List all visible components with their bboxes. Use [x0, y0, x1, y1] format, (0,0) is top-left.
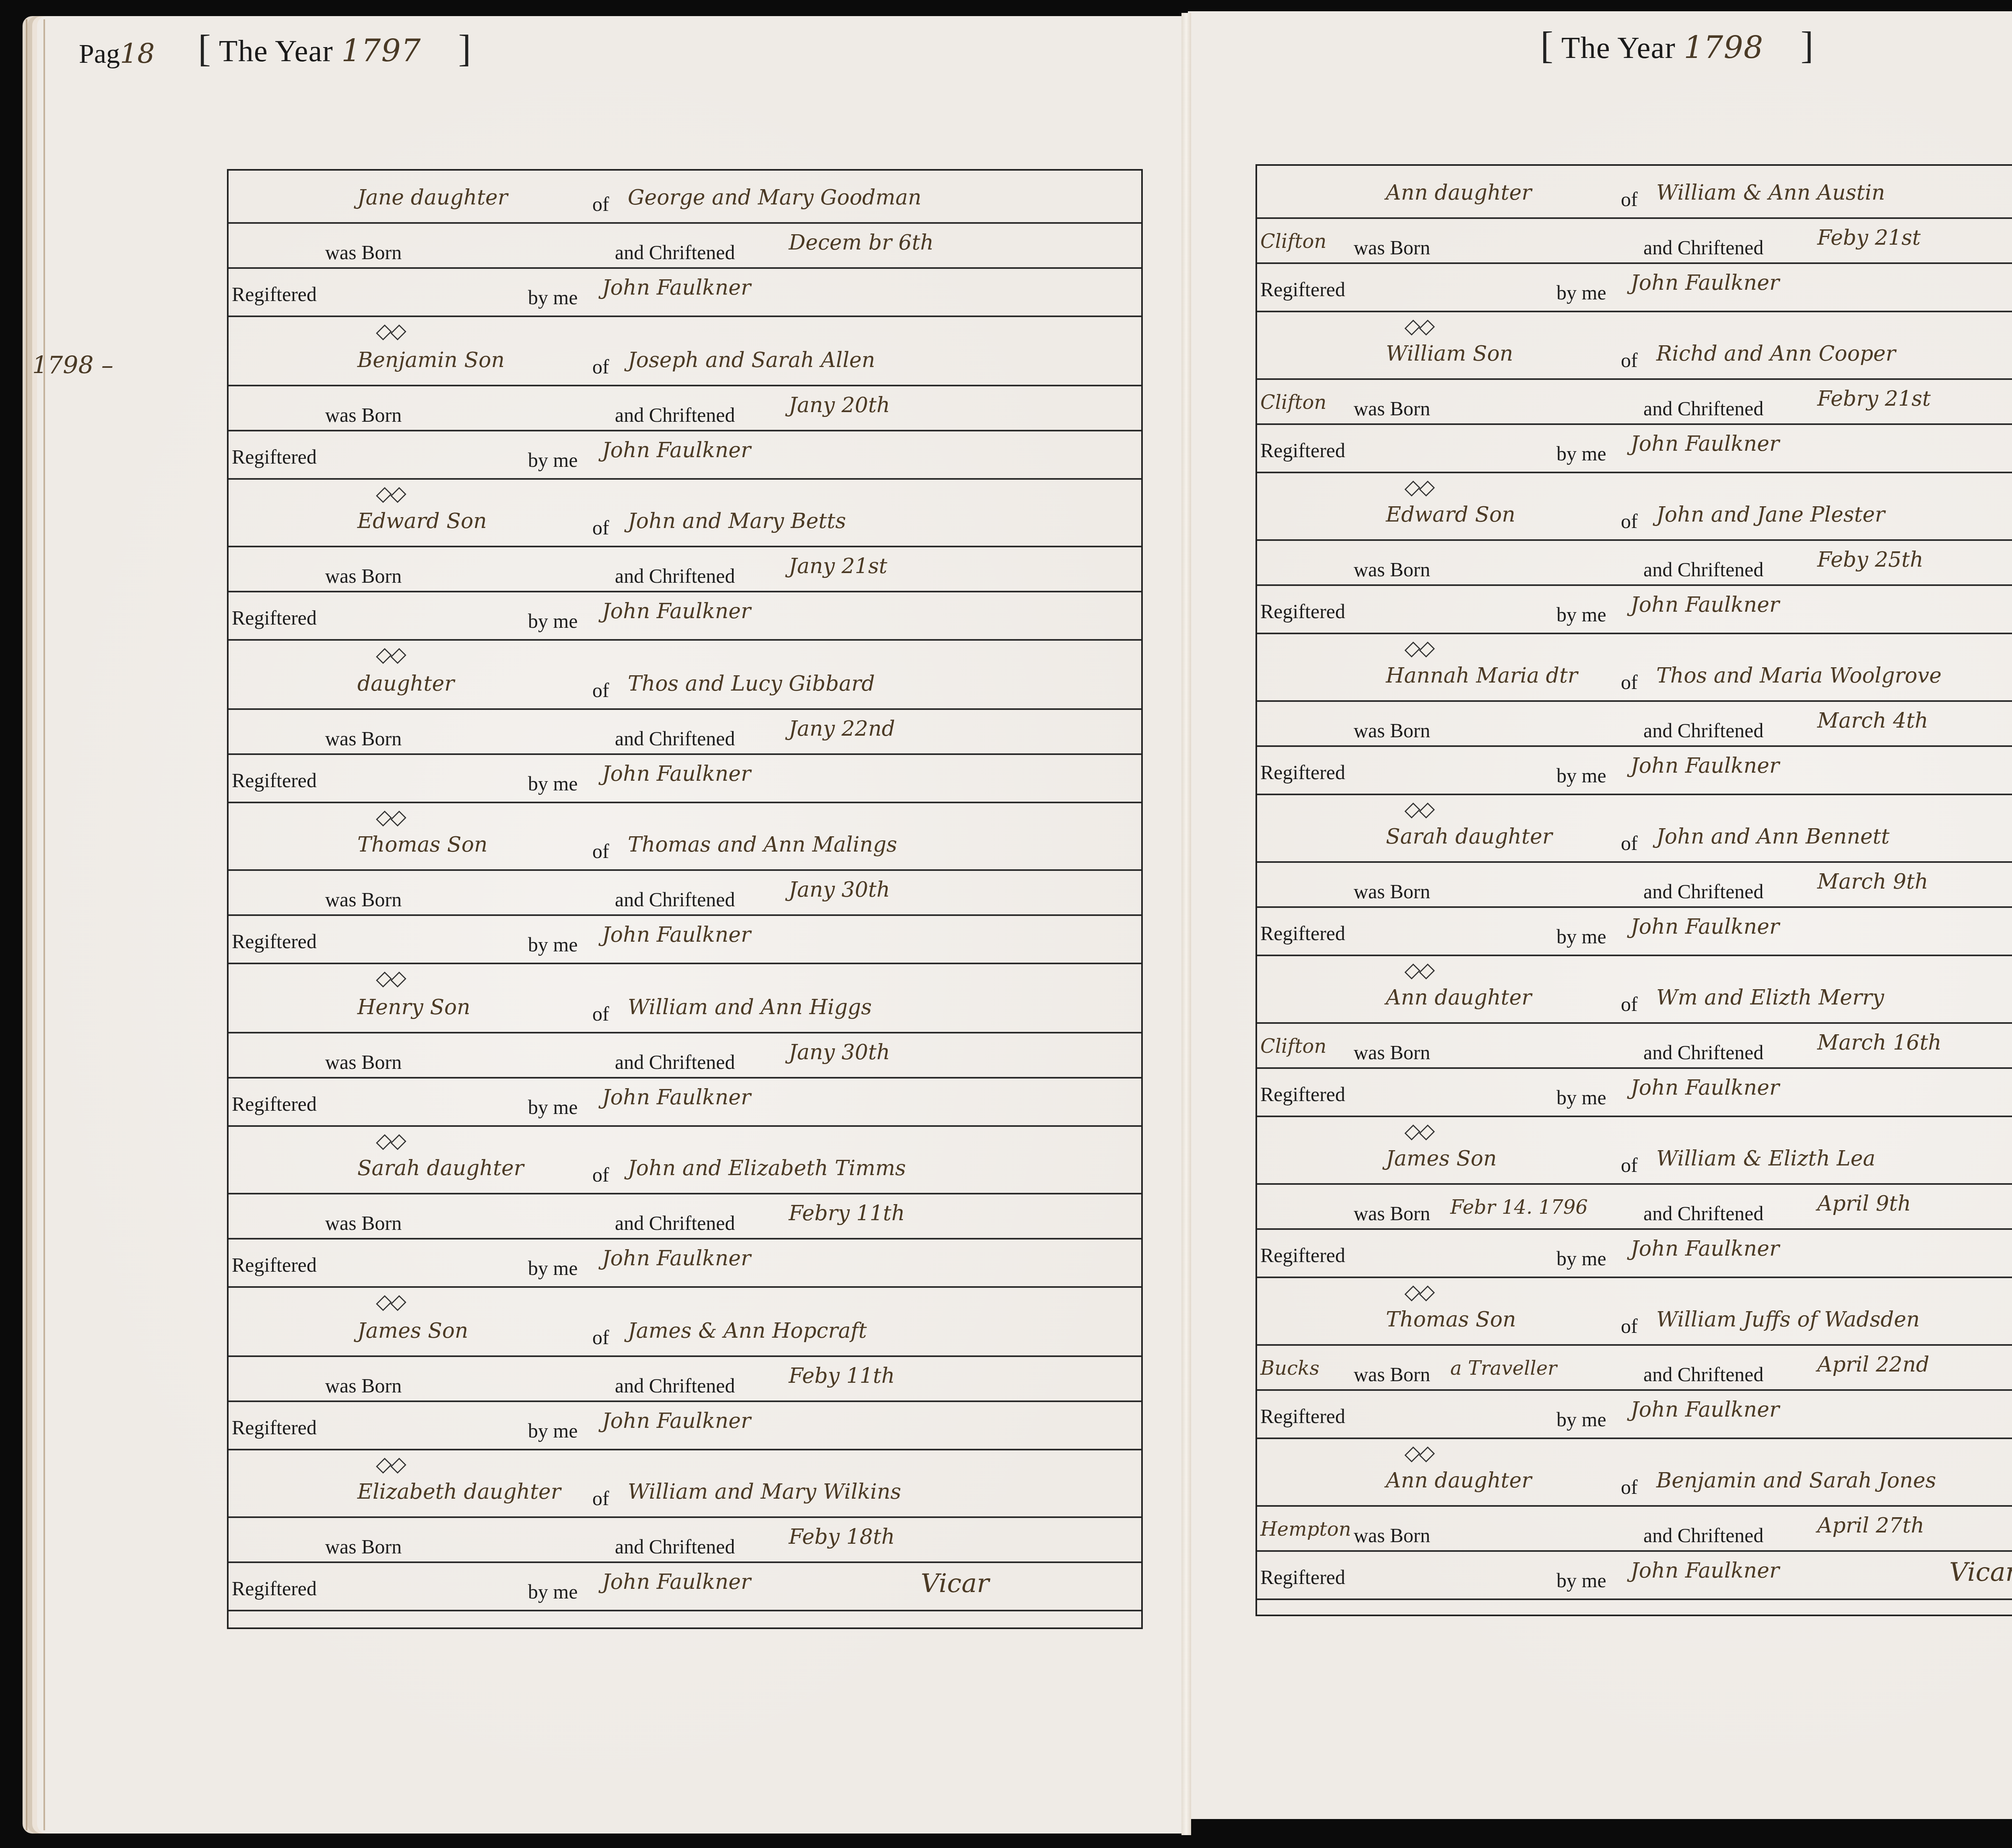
- label-christened: and Chriftened: [615, 1213, 735, 1237]
- label-christened: and Chriftened: [1643, 1202, 1764, 1227]
- child-name: Jane daughter: [357, 187, 508, 211]
- register-entry: Ann daughter of Wm and Elizth Merry Clif…: [1257, 971, 2012, 1132]
- label-registered: Regiftered: [232, 283, 317, 307]
- label-registered: Regiftered: [232, 1416, 317, 1440]
- rule-line: [1257, 906, 2012, 908]
- label-christened: and Chriftened: [615, 241, 735, 266]
- christening-date: April 22nd: [1817, 1354, 1929, 1378]
- child-name: William Son: [1386, 343, 1513, 367]
- ornament-divider-icon: [1405, 320, 1434, 333]
- registrar-signature: John Faulkner: [1631, 272, 1779, 296]
- left-register-table: Jane daughter of George and Mary Goodman…: [227, 169, 1143, 1629]
- label-registered: Regiftered: [1260, 439, 1345, 464]
- label-was-born: was Born: [1354, 1042, 1430, 1066]
- label-by-me: by me: [1556, 1248, 1606, 1272]
- label-was-born: was Born: [325, 1213, 402, 1237]
- label-was-born: was Born: [1354, 398, 1430, 422]
- ornament-divider-icon: [1405, 642, 1434, 655]
- registrar-signature: John Faulkner: [602, 1248, 751, 1272]
- label-christened: and Chriftened: [1643, 881, 1764, 905]
- child-name: Henry Son: [357, 996, 470, 1020]
- christening-date: Jany 30th: [789, 879, 890, 903]
- label-was-born: was Born: [325, 1051, 402, 1075]
- registrar-signature: John Faulkner: [1631, 755, 1779, 779]
- register-entry: Sarah daughter of John and Ann Bennett w…: [1257, 810, 2012, 971]
- rule-line: [1257, 1022, 2012, 1024]
- parents-names: George and Mary Goodman: [628, 187, 921, 211]
- label-by-me: by me: [528, 1096, 578, 1120]
- label-by-me: by me: [1556, 765, 1606, 789]
- rule-line: [1257, 861, 2012, 863]
- bracket-open-icon: [: [198, 29, 211, 71]
- rule-line: [1257, 700, 2012, 702]
- register-entry: daughter of Thos and Lucy Gibbard was Bo…: [229, 656, 1141, 818]
- parents-names: Wm and Elizth Merry: [1656, 987, 1884, 1011]
- label-registered: Regiftered: [232, 931, 317, 955]
- rule-line: [1257, 311, 2012, 312]
- label-by-me: by me: [528, 287, 578, 311]
- rule-line: [229, 477, 1141, 479]
- label-christened: and Chriftened: [615, 1537, 735, 1561]
- right-register-table: Ann daughter of William & Ann Austin Cli…: [1255, 164, 2012, 1616]
- rule-line: [229, 708, 1141, 709]
- birth-place: Clifton: [1260, 230, 1326, 253]
- register-entry: Edward Son of John and Mary Betts was Bo…: [229, 494, 1141, 656]
- register-entry: Ann daughter of Benjamin and Sarah Jones…: [1257, 1454, 2012, 1615]
- ornament-divider-icon: [377, 650, 406, 663]
- rule-line: [1257, 633, 2012, 634]
- parents-names: Benjamin and Sarah Jones: [1656, 1470, 1936, 1494]
- child-name: Elizabeth daughter: [357, 1482, 561, 1506]
- year-label: The Year: [1561, 32, 1676, 66]
- child-name: Edward Son: [357, 510, 487, 534]
- label-of: of: [592, 355, 609, 379]
- label-christened: and Chriftened: [615, 889, 735, 913]
- label-was-born: was Born: [1354, 720, 1430, 744]
- rule-line: [229, 267, 1141, 269]
- label-was-born: was Born: [325, 241, 402, 266]
- label-registered: Regiftered: [1260, 1405, 1345, 1429]
- label-of: of: [1621, 349, 1638, 373]
- label-christened: and Chriftened: [1643, 1363, 1764, 1388]
- register-entry: Ann daughter of William & Ann Austin Cli…: [1257, 166, 2012, 327]
- registrar-signature: John Faulkner: [1631, 1399, 1779, 1423]
- parents-names: Thos and Lucy Gibbard: [628, 672, 875, 697]
- label-by-me: by me: [1556, 604, 1606, 628]
- ornament-divider-icon: [377, 812, 406, 825]
- label-of: of: [592, 679, 609, 703]
- parents-names: John and Elizabeth Timms: [628, 1158, 906, 1182]
- christening-date: Jany 22nd: [789, 718, 895, 742]
- rule-line: [229, 753, 1141, 755]
- rule-line: [1257, 955, 2012, 956]
- christening-date: Febry 11th: [789, 1203, 905, 1227]
- rule-line: [229, 384, 1141, 386]
- rule-line: [229, 1400, 1141, 1402]
- christening-date: Feby 21st: [1817, 227, 1921, 251]
- label-registered: Regiftered: [1260, 278, 1345, 303]
- parents-names: John and Jane Plester: [1656, 504, 1885, 528]
- label-christened: and Chriftened: [1643, 237, 1764, 261]
- christening-date: Decem br 6th: [789, 232, 934, 256]
- right-year-heading: [ The Year 1798 ]: [1540, 26, 1814, 69]
- label-christened: and Chriftened: [1643, 559, 1764, 583]
- rule-line: [229, 1611, 1141, 1612]
- label-christened: and Chriftened: [615, 565, 735, 589]
- rule-line: [229, 1077, 1141, 1078]
- label-christened: and Chriftened: [615, 727, 735, 751]
- book-spread: Pag18 [ The Year 1797 ] 1798 – Jane daug…: [0, 0, 2012, 1848]
- rule-line: [229, 546, 1141, 547]
- label-was-born: was Born: [1354, 559, 1430, 583]
- rule-line: [1257, 1344, 2012, 1346]
- registrar-title: Vicar: [1949, 1557, 2012, 1587]
- parents-names: William & Elizth Lea: [1656, 1148, 1876, 1172]
- rule-line: [229, 1238, 1141, 1240]
- rule-line: [229, 870, 1141, 871]
- register-entry: James Son of William & Elizth Lea was Bo…: [1257, 1132, 2012, 1293]
- label-of: of: [592, 193, 609, 217]
- rule-line: [229, 1287, 1141, 1288]
- label-by-me: by me: [1556, 1087, 1606, 1111]
- label-was-born: was Born: [1354, 1202, 1430, 1227]
- child-name: Sarah daughter: [1386, 826, 1552, 850]
- label-by-me: by me: [528, 1419, 578, 1444]
- label-was-born: was Born: [325, 565, 402, 589]
- registrar-signature: John Faulkner: [602, 600, 751, 625]
- label-by-me: by me: [528, 934, 578, 958]
- label-of: of: [592, 1326, 609, 1350]
- parents-names: William Juffs of Wadsden: [1656, 1309, 1920, 1333]
- ornament-divider-icon: [1405, 481, 1434, 494]
- rule-line: [1257, 217, 2012, 219]
- parents-names: James & Ann Hopcraft: [628, 1320, 867, 1344]
- parents-names: Thomas and Ann Malings: [628, 834, 897, 858]
- label-registered: Regiftered: [1260, 761, 1345, 786]
- rule-line: [1257, 1067, 2012, 1069]
- rule-line: [1257, 1550, 2012, 1552]
- label-by-me: by me: [528, 448, 578, 472]
- rule-line: [1257, 1183, 2012, 1185]
- label-by-me: by me: [528, 1258, 578, 1282]
- rule-line: [229, 1355, 1141, 1357]
- registrar-signature: John Faulkner: [1631, 1077, 1779, 1101]
- rule-line: [229, 429, 1141, 431]
- label-was-born: was Born: [325, 1374, 402, 1398]
- rule-line: [229, 1562, 1141, 1564]
- child-name: Benjamin Son: [357, 349, 505, 373]
- register-entry: James Son of James & Ann Hopcraft was Bo…: [229, 1303, 1141, 1465]
- rule-line: [229, 1193, 1141, 1195]
- birth-date: a Traveller: [1450, 1357, 1557, 1380]
- rule-line: [1257, 584, 2012, 586]
- ornament-divider-icon: [377, 326, 406, 339]
- label-registered: Regiftered: [1260, 1083, 1345, 1108]
- child-name: Thomas Son: [357, 834, 487, 858]
- registrar-signature: John Faulkner: [1631, 433, 1779, 457]
- rule-line: [229, 222, 1141, 224]
- label-christened: and Chriftened: [615, 1051, 735, 1075]
- label-registered: Regiftered: [232, 1578, 317, 1603]
- label-registered: Regiftered: [232, 607, 317, 631]
- label-by-me: by me: [1556, 1570, 1606, 1594]
- parents-names: William and Mary Wilkins: [628, 1482, 901, 1506]
- child-name: Sarah daughter: [357, 1158, 524, 1182]
- label-was-born: was Born: [1354, 881, 1430, 905]
- rule-line: [1257, 794, 2012, 795]
- registrar-signature: John Faulkner: [602, 277, 751, 301]
- registrar-signature: John Faulkner: [602, 1410, 751, 1434]
- label-of: of: [592, 1164, 609, 1188]
- child-name: Hannah Maria dtr: [1386, 665, 1578, 689]
- page-number: 18: [120, 39, 155, 71]
- registrar-title: Vicar: [921, 1569, 989, 1599]
- christening-date: March 9th: [1817, 871, 1928, 895]
- registrar-signature: John Faulkner: [602, 1572, 751, 1596]
- christening-date: Feby 11th: [789, 1365, 895, 1389]
- rule-line: [1257, 1598, 2012, 1600]
- ornament-divider-icon: [1405, 1447, 1434, 1460]
- label-of: of: [1621, 188, 1638, 212]
- registrar-signature: John Faulkner: [1631, 1238, 1779, 1262]
- bracket-close-icon: ]: [1801, 26, 1814, 68]
- registrar-signature: John Faulkner: [1631, 1560, 1779, 1584]
- year-label: The Year: [219, 35, 333, 69]
- register-entry: Edward Son of John and Jane Plester was …: [1257, 488, 2012, 649]
- christening-date: Jany 20th: [789, 394, 890, 418]
- parents-names: John and Mary Betts: [628, 510, 846, 534]
- rule-line: [229, 1517, 1141, 1519]
- christening-date: Jany 21st: [789, 555, 887, 580]
- register-entry: William Son of Richd and Ann Cooper Clif…: [1257, 327, 2012, 488]
- ornament-divider-icon: [1405, 803, 1434, 816]
- rule-line: [229, 801, 1141, 803]
- label-christened: and Chriftened: [615, 1374, 735, 1398]
- christening-date: March 4th: [1817, 710, 1928, 734]
- margin-note: 1798 –: [32, 351, 113, 380]
- left-year-heading: [ The Year 1797 ]: [198, 29, 472, 72]
- register-entry: Elizabeth daughter of William and Mary W…: [229, 1466, 1141, 1627]
- label-by-me: by me: [1556, 926, 1606, 950]
- label-of: of: [592, 1488, 609, 1512]
- label-registered: Regiftered: [232, 1254, 317, 1279]
- birth-place: Clifton: [1260, 391, 1326, 414]
- child-name: James Son: [357, 1320, 468, 1344]
- parents-names: Thos and Maria Woolgrove: [1656, 665, 1942, 689]
- label-registered: Regiftered: [1260, 1244, 1345, 1268]
- register-entry: Henry Son of William and Ann Higgs was B…: [229, 980, 1141, 1142]
- label-registered: Regiftered: [232, 445, 317, 469]
- label-of: of: [1621, 1315, 1638, 1339]
- registrar-signature: John Faulkner: [602, 1086, 751, 1110]
- label-christened: and Chriftened: [1643, 1524, 1764, 1549]
- rule-line: [1257, 539, 2012, 541]
- christening-date: Febry 21st: [1817, 388, 1931, 412]
- register-entry: Sarah daughter of John and Elizabeth Tim…: [229, 1142, 1141, 1303]
- ornament-divider-icon: [377, 1135, 406, 1148]
- label-of: of: [1621, 832, 1638, 856]
- register-entry: Thomas Son of Thomas and Ann Malings was…: [229, 818, 1141, 980]
- rule-line: [229, 591, 1141, 592]
- christening-date: Feby 25th: [1817, 549, 1923, 573]
- rule-line: [229, 1125, 1141, 1126]
- parents-names: William & Ann Austin: [1656, 182, 1885, 206]
- ornament-divider-icon: [1405, 964, 1434, 977]
- register-entry: Thomas Son of William Juffs of Wadsden B…: [1257, 1293, 2012, 1454]
- rule-line: [1257, 1228, 2012, 1230]
- register-entry: Jane daughter of George and Mary Goodman…: [229, 171, 1141, 332]
- parents-names: William and Ann Higgs: [628, 996, 872, 1020]
- ornament-divider-icon: [377, 488, 406, 501]
- label-of: of: [1621, 993, 1638, 1017]
- birth-place: Clifton: [1260, 1035, 1326, 1058]
- label-by-me: by me: [1556, 1409, 1606, 1433]
- christening-date: April 27th: [1817, 1515, 1924, 1539]
- registrar-signature: John Faulkner: [602, 924, 751, 949]
- birth-place: Bucks: [1260, 1357, 1319, 1380]
- label-was-born: was Born: [1354, 1363, 1430, 1388]
- rule-line: [1257, 378, 2012, 380]
- label-was-born: was Born: [325, 727, 402, 751]
- christening-date: April 9th: [1817, 1193, 1911, 1217]
- rule-line: [1257, 262, 2012, 264]
- label-registered: Regiftered: [1260, 1566, 1345, 1590]
- child-name: Thomas Son: [1386, 1309, 1516, 1333]
- rule-line: [1257, 1116, 2012, 1117]
- parents-names: Richd and Ann Cooper: [1656, 343, 1896, 367]
- rule-line: [1257, 1505, 2012, 1507]
- child-name: Ann daughter: [1386, 182, 1532, 206]
- label-christened: and Chriftened: [1643, 720, 1764, 744]
- register-entry: Benjamin Son of Joseph and Sarah Allen w…: [229, 332, 1141, 494]
- christening-date: Jany 30th: [789, 1041, 890, 1065]
- rule-line: [229, 915, 1141, 916]
- parents-names: John and Ann Bennett: [1656, 826, 1890, 850]
- child-name: Edward Son: [1386, 504, 1515, 528]
- label-by-me: by me: [528, 772, 578, 796]
- rule-line: [1257, 745, 2012, 747]
- registrar-signature: John Faulkner: [1631, 594, 1779, 618]
- rule-line: [229, 639, 1141, 641]
- label-was-born: was Born: [1354, 237, 1430, 261]
- label-registered: Regiftered: [1260, 922, 1345, 947]
- year-value: 1797: [341, 34, 421, 69]
- bracket-close-icon: ]: [458, 29, 472, 71]
- page-label: Pag: [79, 39, 120, 69]
- rule-line: [229, 1448, 1141, 1450]
- label-christened: and Chriftened: [1643, 398, 1764, 422]
- child-name: daughter: [357, 672, 454, 697]
- label-was-born: was Born: [1354, 1524, 1430, 1549]
- parents-names: Joseph and Sarah Allen: [628, 349, 875, 373]
- page-edges: [26, 19, 45, 1830]
- label-christened: and Chriftened: [1643, 1042, 1764, 1066]
- ornament-divider-icon: [1405, 1125, 1434, 1138]
- label-was-born: was Born: [325, 889, 402, 913]
- registrar-signature: John Faulkner: [602, 763, 751, 787]
- rule-line: [1257, 1389, 2012, 1391]
- rule-line: [229, 1031, 1141, 1033]
- left-page-number: Pag18: [79, 39, 155, 71]
- book-spine: [1181, 13, 1191, 1835]
- label-of: of: [1621, 510, 1638, 534]
- label-of: of: [592, 1002, 609, 1027]
- ornament-divider-icon: [377, 1459, 406, 1472]
- bracket-open-icon: [: [1540, 26, 1554, 68]
- registrar-signature: John Faulkner: [1631, 916, 1779, 940]
- christening-date: March 16th: [1817, 1032, 1942, 1056]
- rule-line: [1257, 1277, 2012, 1278]
- registrar-signature: John Faulkner: [602, 439, 751, 463]
- label-was-born: was Born: [325, 1537, 402, 1561]
- register-entry: Hannah Maria dtr of Thos and Maria Woolg…: [1257, 649, 2012, 810]
- label-christened: and Chriftened: [615, 403, 735, 427]
- ornament-divider-icon: [377, 1297, 406, 1310]
- birth-place: Hempton: [1260, 1518, 1351, 1541]
- year-value: 1798: [1684, 31, 1763, 66]
- label-by-me: by me: [1556, 443, 1606, 467]
- birth-date: Febr 14. 1796: [1450, 1196, 1588, 1219]
- rule-line: [1257, 423, 2012, 425]
- label-by-me: by me: [1556, 282, 1606, 306]
- ornament-divider-icon: [377, 974, 406, 986]
- rule-line: [229, 316, 1141, 317]
- label-by-me: by me: [528, 610, 578, 634]
- ornament-divider-icon: [1405, 1286, 1434, 1299]
- label-of: of: [1621, 1476, 1638, 1500]
- label-registered: Regiftered: [1260, 600, 1345, 625]
- rule-line: [1257, 472, 2012, 473]
- label-was-born: was Born: [325, 403, 402, 427]
- label-of: of: [592, 517, 609, 541]
- christening-date: Feby 18th: [789, 1527, 895, 1551]
- label-by-me: by me: [528, 1582, 578, 1606]
- rule-line: [229, 963, 1141, 965]
- child-name: Ann daughter: [1386, 1470, 1532, 1494]
- child-name: Ann daughter: [1386, 987, 1532, 1011]
- rule-line: [1257, 1438, 2012, 1439]
- label-of: of: [1621, 1154, 1638, 1178]
- child-name: James Son: [1386, 1148, 1497, 1172]
- label-registered: Regiftered: [232, 769, 317, 793]
- label-of: of: [592, 841, 609, 865]
- label-of: of: [1621, 671, 1638, 695]
- label-registered: Regiftered: [232, 1093, 317, 1117]
